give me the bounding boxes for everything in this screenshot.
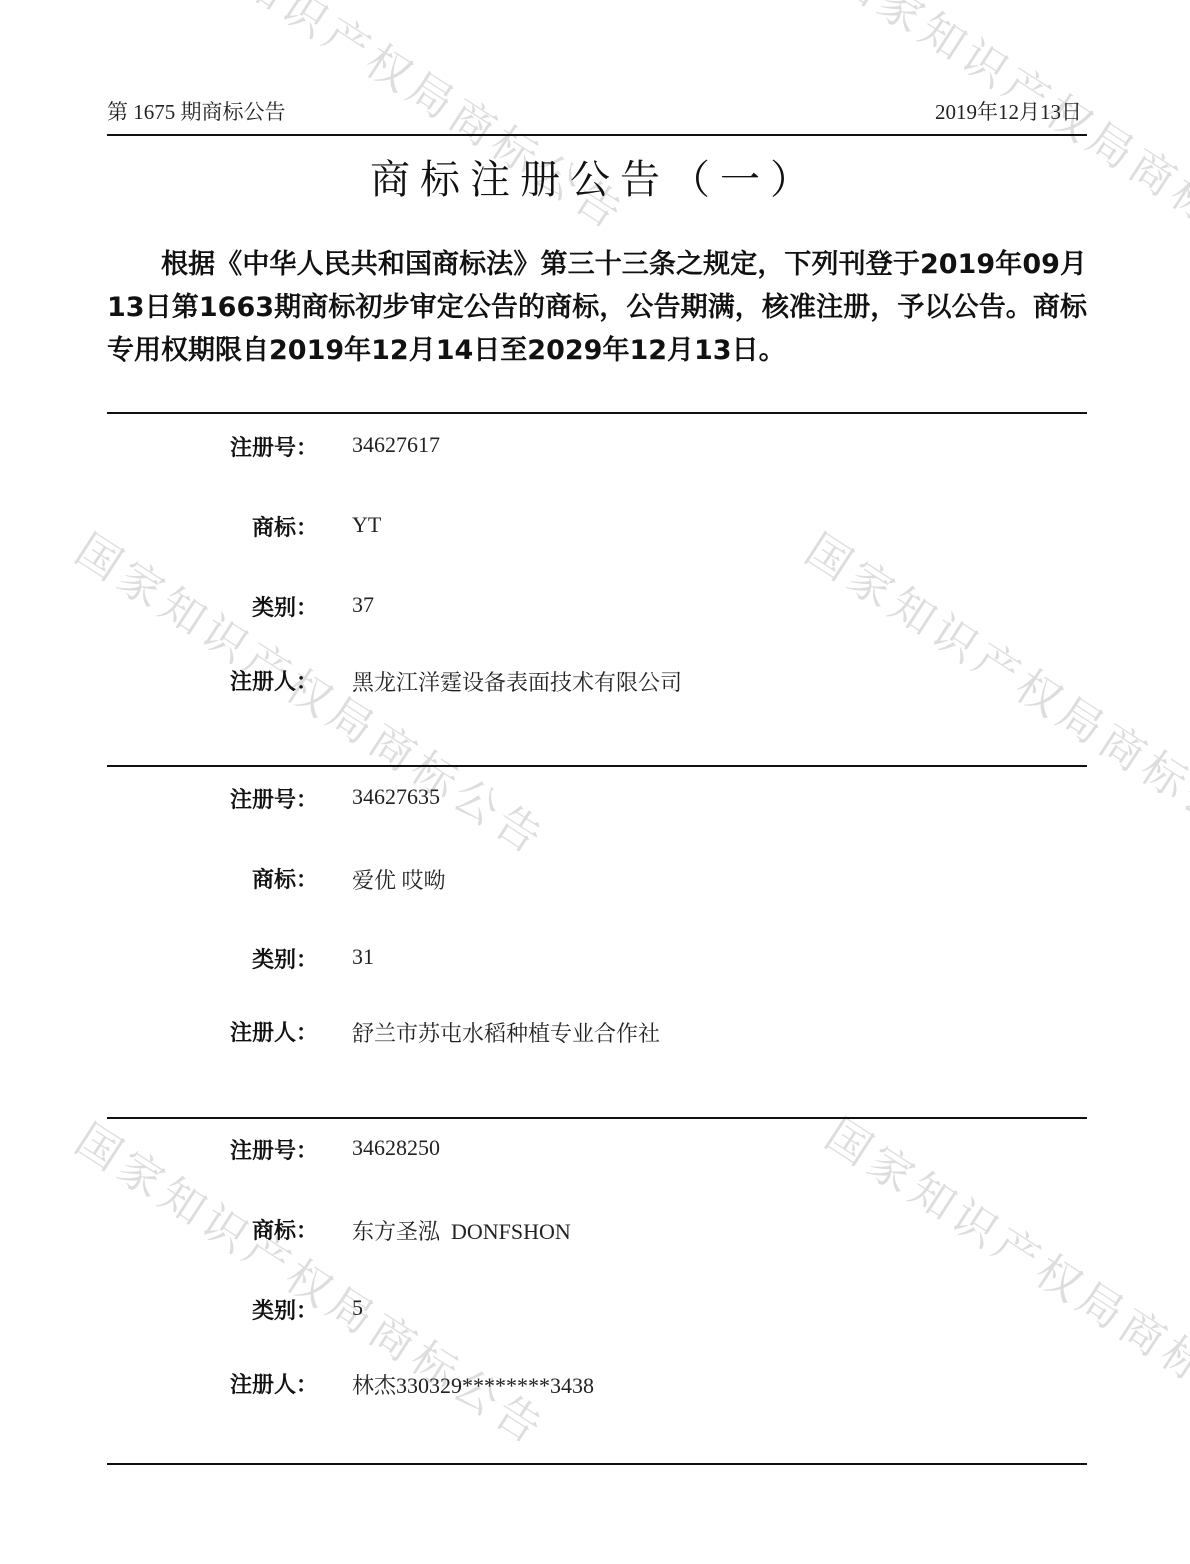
watermark: 国家知识产权局商标公告 <box>795 515 1190 868</box>
registrant-value: 舒兰市苏屯水稻种植专业合作社 <box>352 1017 660 1048</box>
record-divider <box>107 1463 1087 1465</box>
reg-no-label: 注册号： <box>98 783 318 814</box>
mark-label: 商标： <box>98 1214 318 1245</box>
class-label: 类别： <box>98 1294 318 1325</box>
class-label: 类别： <box>98 591 318 622</box>
mark-label: 商标： <box>98 511 318 542</box>
mark-value: YT <box>352 512 381 538</box>
registrant-label: 注册人： <box>98 1368 318 1399</box>
record-divider <box>107 412 1087 414</box>
reg-no-value: 34628250 <box>352 1135 440 1161</box>
registrant-label: 注册人： <box>98 1016 318 1047</box>
reg-no-value: 34627617 <box>352 432 440 458</box>
class-value: 37 <box>352 592 374 618</box>
class-value: 5 <box>352 1295 363 1321</box>
watermark: 国家知识产权局商标公告 <box>815 1100 1190 1453</box>
intro-paragraph: 根据《中华人民共和国商标法》第三十三条之规定，下列刊登于2019年09月13日第… <box>107 243 1087 372</box>
reg-no-label: 注册号： <box>98 1134 318 1165</box>
header-rule <box>107 134 1087 136</box>
issue-number: 第 1675 期商标公告 <box>107 96 286 126</box>
record-divider <box>107 1117 1087 1119</box>
class-value: 31 <box>352 944 374 970</box>
reg-no-label: 注册号： <box>98 431 318 462</box>
page-title: 商标注册公告（一） <box>0 148 1190 205</box>
class-label: 类别： <box>98 943 318 974</box>
mark-label: 商标： <box>98 863 318 894</box>
mark-value: 东方圣泓 DONFSHON <box>352 1215 571 1246</box>
registrant-label: 注册人： <box>98 665 318 696</box>
registrant-value: 林杰330329********3438 <box>352 1369 594 1400</box>
mark-value: 爱优 哎呦 <box>352 864 446 895</box>
registrant-value: 黑龙江洋霆设备表面技术有限公司 <box>352 666 682 697</box>
publication-date: 2019年12月13日 <box>935 96 1082 126</box>
reg-no-value: 34627635 <box>352 784 440 810</box>
record-divider <box>107 765 1087 767</box>
